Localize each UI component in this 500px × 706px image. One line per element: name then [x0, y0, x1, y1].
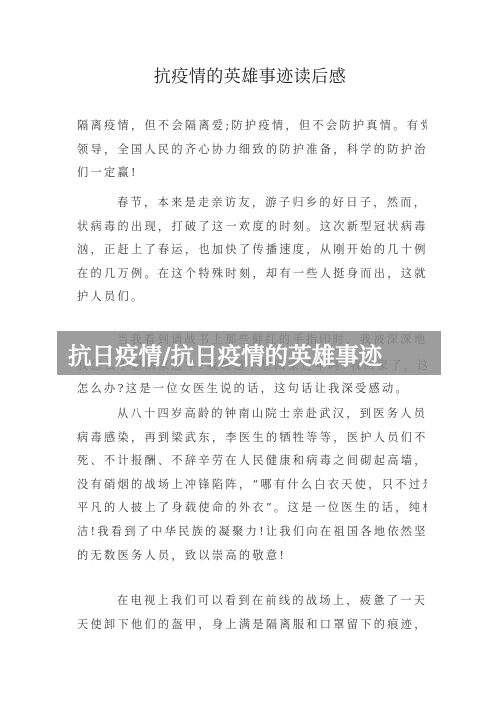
paragraph-3-end: 怎么办?这是一位女医生说的话，这句话让我深受感动。: [77, 377, 427, 401]
text-line: 护人员们。: [77, 285, 427, 309]
text-line: 怎么办?这是一位女医生说的话，这句话让我深受感动。: [77, 377, 427, 401]
text-line: 春节，本来是走亲访友，游子归乡的好日子，然而，新型冠: [77, 191, 427, 215]
text-line: 的无数医务人员，致以崇高的敬意!: [77, 544, 427, 568]
document-title: 抗疫情的英雄事迹读后感: [0, 62, 500, 87]
text-line: 死、不计报酬、不辞辛劳在人民健康和病毒之间砌起高墙，在这场: [77, 449, 427, 473]
text-line: 汹，正赶上了春运，也加快了传播速度，从刚开始的几十例，到现: [77, 238, 427, 262]
overlay-headline: 抗日疫情/抗日疫情的英雄事迹: [68, 337, 382, 371]
paragraph-1: 隔离疫情，但不会隔离爱;防护疫情，但不会防护真情。有党中央的 领导，全国人民的齐…: [77, 114, 427, 185]
paragraph-5: 在电视上我们可以看到在前线的战场上，疲惫了一天的白衣 天使卸下他们的盔甲，身上满…: [77, 589, 427, 636]
paragraph-4: 从八十四岁高龄的钟南山院士亲赴武汉，到医务人员确诊被 病毒感染，再到梁武东，李医…: [77, 402, 427, 567]
text-line: 天使卸下他们的盔甲，身上满是隔离服和口罩留下的痕迹，多次消: [77, 613, 427, 637]
paragraph-2: 春节，本来是走亲访友，游子归乡的好日子，然而，新型冠 状病毒的出现，打破了这一欢…: [77, 191, 427, 309]
text-line: 洁!我看到了中华民族的凝聚力!让我们向在祖国各地依然坚守岗位: [77, 520, 427, 544]
text-line: 状病毒的出现，打破了这一欢度的时刻。这次新型冠状病毒来势汹: [77, 215, 427, 239]
text-line: 在电视上我们可以看到在前线的战场上，疲惫了一天的白衣: [77, 589, 427, 613]
text-line: 没有硝烟的战场上冲锋陷阵，“哪有什么白衣天使，只不过是一群: [77, 473, 427, 497]
text-line: 病毒感染，再到梁武东，李医生的牺牲等等，医护人员们不顾生: [77, 426, 427, 450]
text-line: 平凡的人披上了身载使命的外衣”。这是一位医生的话，纯朴而圣: [77, 496, 427, 520]
document-page: 抗疫情的英雄事迹读后感 隔离疫情，但不会隔离爱;防护疫情，但不会防护真情。有党中…: [0, 0, 500, 706]
text-line: 隔离疫情，但不会隔离爱;防护疫情，但不会防护真情。有党中央的: [77, 114, 427, 138]
text-line: 领导，全国人民的齐心协力细致的防护准备，科学的防护治疗，我: [77, 138, 427, 162]
text-line: 在的几万例。在这个特殊时刻，却有一些人挺身而出，这就是—医: [77, 262, 427, 286]
text-line: 从八十四岁高龄的钟南山院士亲赴武汉，到医务人员确诊被: [77, 402, 427, 426]
text-line: 们一定赢!: [77, 161, 427, 185]
